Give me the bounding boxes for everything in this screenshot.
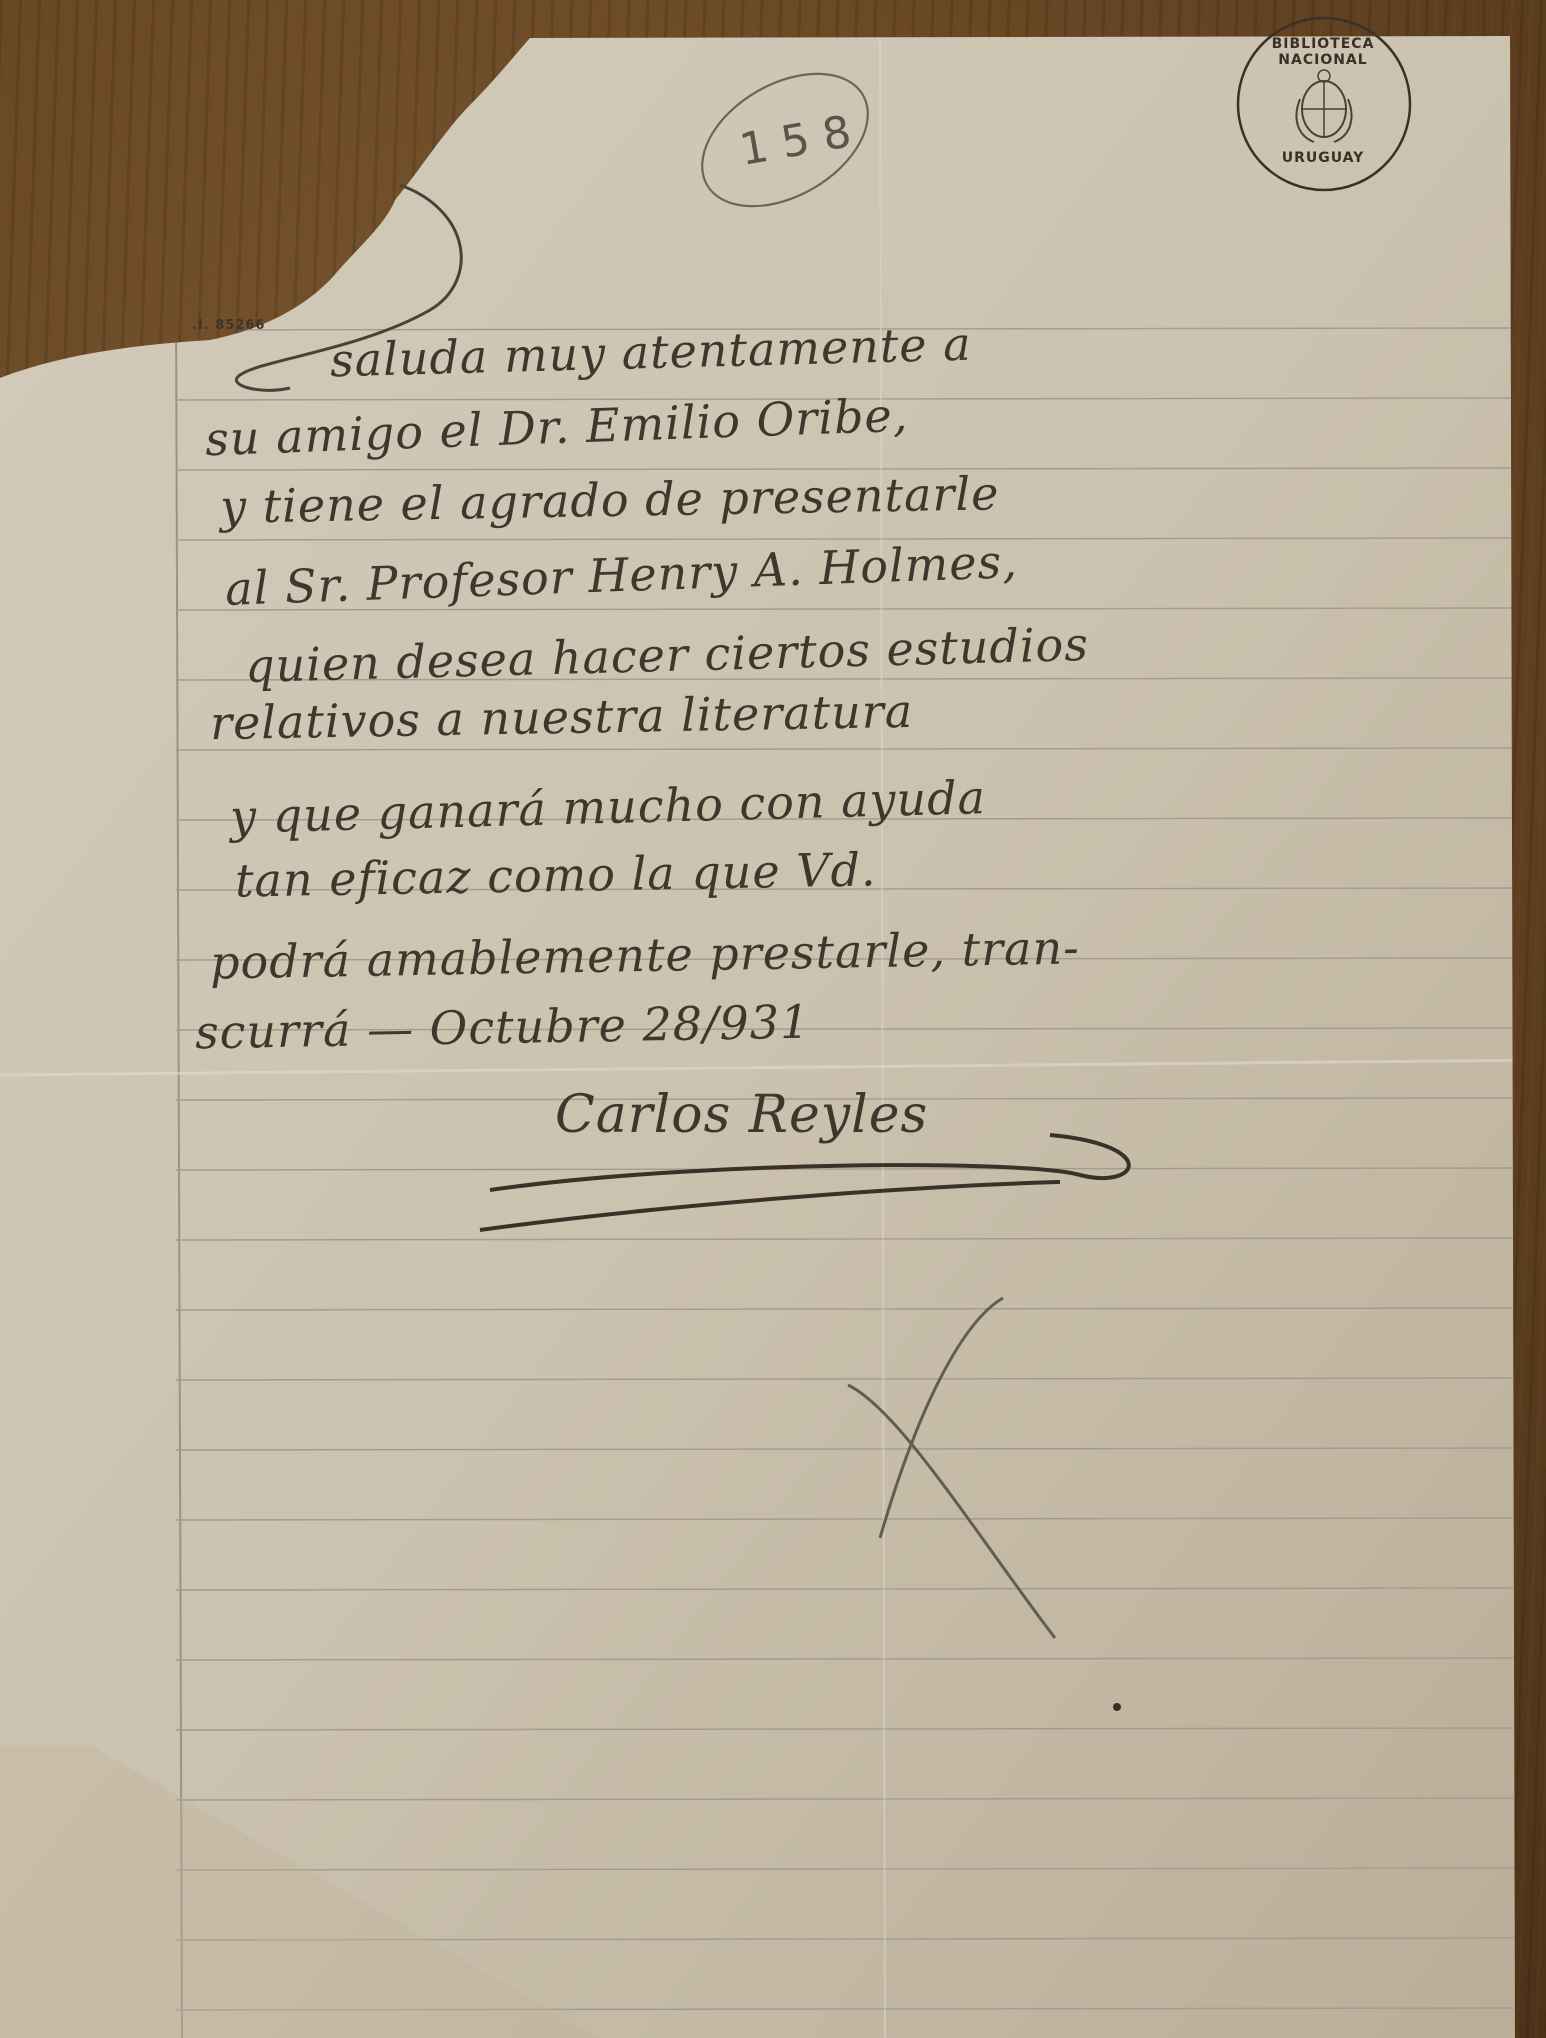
letter-line: scurrá — Octubre 28/931 (195, 995, 811, 1060)
stamp-bottom-text: URUGUAY (1238, 150, 1408, 166)
stamp-top-text: BIBLIOTECA NACIONAL (1238, 36, 1408, 68)
catalog-number: .I. 85266 (192, 318, 265, 333)
signature: Carlos Reyles (555, 1085, 928, 1145)
folio-number: 158 (736, 104, 869, 176)
letter-line: tan eficaz como la que Vd. (235, 842, 877, 907)
library-stamp: BIBLIOTECA NACIONAL URUGUAY (1238, 18, 1408, 188)
letter-page: BIBLIOTECA NACIONAL URUGUAY .I. 85266 15… (0, 0, 1546, 2038)
